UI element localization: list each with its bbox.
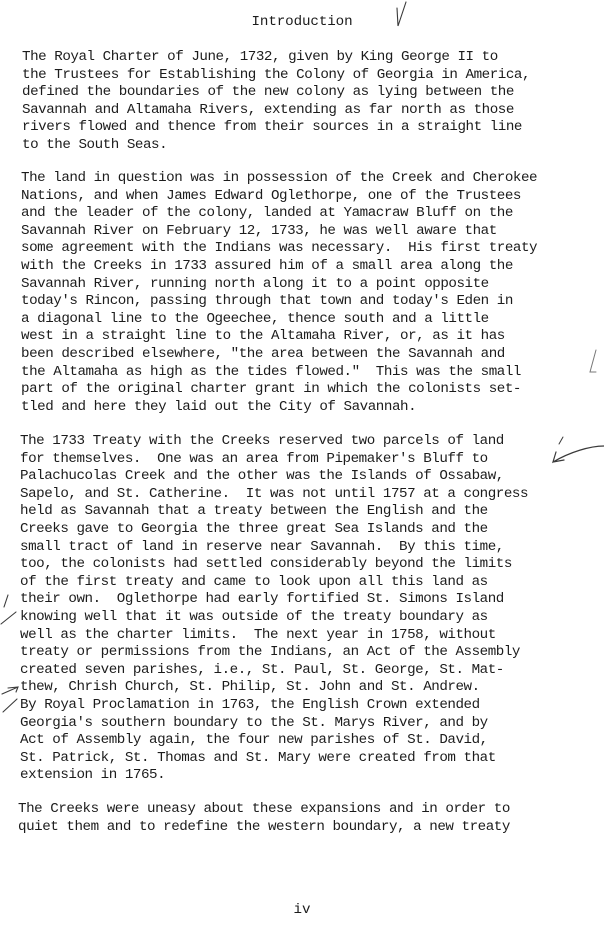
arrow-tip-icon — [559, 437, 563, 444]
text-line: Savannah River on February 12, 1733, he … — [21, 223, 537, 241]
text-line: and the leader of the colony, landed at … — [21, 205, 537, 223]
text-line: Nations, and when James Edward Oglethorp… — [21, 188, 537, 206]
text-line: small tract of land in reserve near Sava… — [20, 539, 528, 557]
text-line: the Trustees for Establishing the Colony… — [22, 67, 530, 85]
text-line: the Altamaha as high as the tides flowed… — [21, 364, 537, 382]
margin-arrow-left-icon — [2, 687, 18, 712]
paragraph-creeks-uneasy: The Creeks were uneasy about these expan… — [18, 801, 510, 836]
paragraph-royal-charter: The Royal Charter of June, 1732, given b… — [22, 49, 530, 155]
arrow-right-margin-icon — [553, 446, 604, 462]
text-line: knowing well that it was outside of the … — [20, 609, 528, 627]
text-line: well as the charter limits. The next yea… — [20, 627, 528, 645]
text-line: today's Rincon, passing through that tow… — [21, 293, 537, 311]
text-line: with the Creeks in 1733 assured him of a… — [21, 258, 537, 276]
text-line: their own. Oglethorpe had early fortifie… — [20, 591, 528, 609]
text-line: west in a straight line to the Altamaha … — [21, 328, 537, 346]
text-line: Act of Assembly again, the four new pari… — [20, 732, 528, 750]
text-line: The Royal Charter of June, 1732, given b… — [22, 49, 530, 67]
text-line: By Royal Proclamation in 1763, the Engli… — [20, 697, 528, 715]
text-line: been described elsewhere, "the area betw… — [21, 346, 537, 364]
text-line: Savannah River, running north along it t… — [21, 276, 537, 294]
text-line: to the South Seas. — [22, 137, 530, 155]
text-line: some agreement with the Indians was nece… — [21, 240, 537, 258]
text-line: a diagonal line to the Ogeechee, thence … — [21, 311, 537, 329]
text-line: The Creeks were uneasy about these expan… — [18, 801, 510, 819]
text-line: St. Patrick, St. Thomas and St. Mary wer… — [20, 750, 528, 768]
text-line: extension in 1765. — [20, 767, 528, 785]
text-line: for themselves. One was an area from Pip… — [20, 451, 528, 469]
text-line: Georgia's southern boundary to the St. M… — [20, 715, 528, 733]
page-number: iv — [0, 901, 604, 919]
page-title: Introduction — [0, 13, 604, 31]
margin-slash-left-icon — [1, 595, 16, 624]
text-line: Savannah and Altamaha Rivers, extending … — [22, 102, 530, 120]
paragraph-land-in-question: The land in question was in possession o… — [21, 170, 537, 416]
text-line: The 1733 Treaty with the Creeks reserved… — [20, 433, 528, 451]
text-line: treaty or permissions from the Indians, … — [20, 644, 528, 662]
paragraph-1733-treaty: The 1733 Treaty with the Creeks reserved… — [20, 433, 528, 785]
text-line: tled and here they laid out the City of … — [21, 399, 537, 417]
text-line: The land in question was in possession o… — [21, 170, 537, 188]
text-line: thew, Chrish Church, St. Philip, St. Joh… — [20, 679, 528, 697]
margin-slash-right-icon — [590, 350, 596, 372]
text-line: held as Savannah that a treaty between t… — [20, 503, 528, 521]
text-line: Sapelo, and St. Catherine. It was not un… — [20, 486, 528, 504]
text-line: created seven parishes, i.e., St. Paul, … — [20, 662, 528, 680]
text-line: rivers flowed and thence from their sour… — [22, 119, 530, 137]
text-line: too, the colonists had settled considera… — [20, 556, 528, 574]
text-line: defined the boundaries of the new colony… — [22, 84, 530, 102]
text-line: Palachucolas Creek and the other was the… — [20, 468, 528, 486]
text-line: part of the original charter grant in wh… — [21, 381, 537, 399]
document-page: Introduction The Royal Charter of June, … — [0, 0, 604, 928]
text-line: quiet them and to redefine the western b… — [18, 819, 510, 837]
text-line: Creeks gave to Georgia the three great S… — [20, 521, 528, 539]
text-line: of the first treaty and came to look upo… — [20, 574, 528, 592]
